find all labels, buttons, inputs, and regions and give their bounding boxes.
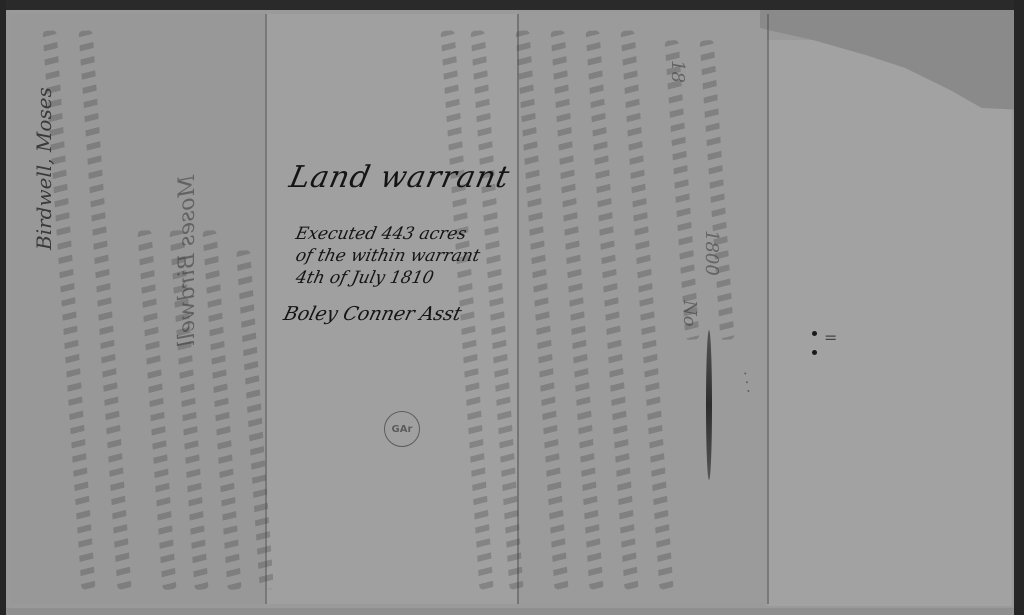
scanner-background-left [0, 0, 6, 615]
margin-marks: = [824, 328, 837, 347]
ink-smear [706, 330, 712, 480]
bleed-through-number: No [679, 300, 700, 327]
archive-stamp: GAr [384, 411, 420, 447]
endorsement-block: Land warrant Executed 443 acres of the w… [278, 160, 528, 325]
fold-line [767, 14, 769, 604]
fold-panel-4 [767, 40, 1012, 606]
ink-dot [812, 350, 817, 355]
ink-dot [812, 331, 817, 336]
endorsement-line: Executed 443 acres [294, 223, 531, 245]
endorsement-line: of the within warrant [294, 245, 531, 267]
docket-name: Birdwell, Moses [32, 87, 56, 250]
scanner-background-right [1014, 0, 1024, 615]
bleed-through-number: 18 [667, 60, 688, 83]
endorsement-title: Land warrant [286, 160, 531, 195]
bleed-through-number: 1800 [701, 230, 722, 276]
document-scan: Birdwell, Moses Moses Birdwell Land warr… [0, 0, 1024, 615]
bleed-through-text: Moses Birdwell [175, 175, 200, 347]
endorsement-line: 4th of July 1810 [294, 267, 531, 289]
endorsement-signature: Boley Conner Asst [281, 303, 530, 325]
